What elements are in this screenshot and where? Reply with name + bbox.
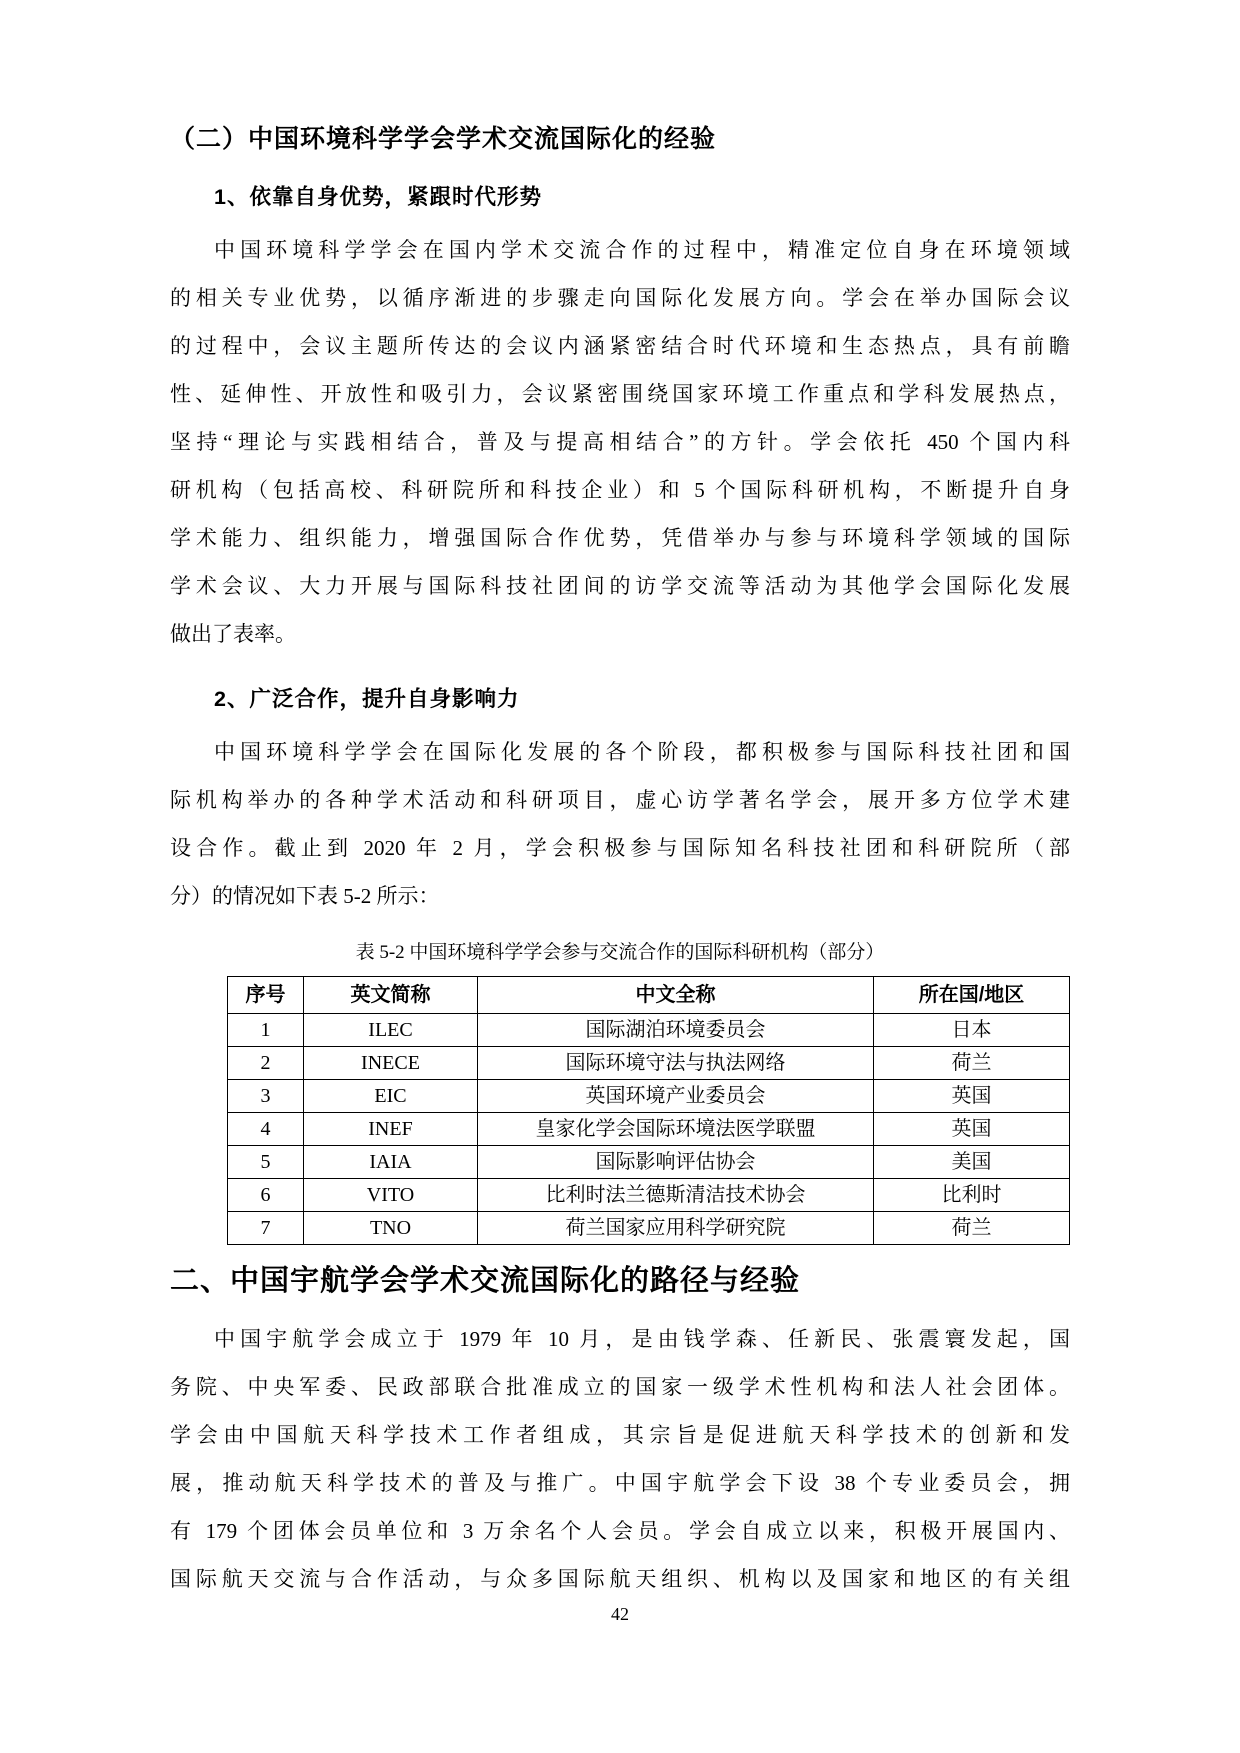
paragraph-line: 务院、中央军委、民政部联合批准成立的国家一级学术性机构和法人社会团体。 — [170, 1363, 1070, 1411]
paragraph-line: 中国环境科学学会在国际化发展的各个阶段，都积极参与国际科技社团和国 — [170, 728, 1070, 776]
paragraph-line: 学会由中国航天科学技术工作者组成，其宗旨是促进航天科学技术的创新和发 — [170, 1411, 1070, 1459]
paragraph-line: 的过程中，会议主题所传达的会议内涵紧密结合时代环境和生态热点，具有前瞻 — [170, 322, 1070, 370]
paragraph-line: 际机构举办的各种学术活动和科研项目，虚心访学著名学会，展开多方位学术建 — [170, 776, 1070, 824]
table-cell: INEF — [304, 1113, 478, 1146]
table-cell: 英国环境产业委员会 — [478, 1080, 874, 1113]
table-header-cell: 中文全称 — [478, 977, 874, 1014]
table-cell: 皇家化学会国际环境法医学联盟 — [478, 1113, 874, 1146]
table-cell: 7 — [228, 1212, 304, 1245]
paragraph-line: 有 179 个团体会员单位和 3 万余名个人会员。学会自成立以来，积极开展国内、 — [170, 1507, 1070, 1555]
table-row: 7TNO荷兰国家应用科学研究院荷兰 — [228, 1212, 1070, 1245]
sub-heading-2: 2、广泛合作，提升自身影响力 — [170, 684, 1070, 714]
table-body: 1ILEC国际湖泊环境委员会日本2INECE国际环境守法与执法网络荷兰3EIC英… — [228, 1014, 1070, 1245]
table-caption: 表 5-2 中国环境科学学会参与交流合作的国际科研机构（部分） — [170, 938, 1070, 968]
paragraph-cooperation: 中国环境科学学会在国际化发展的各个阶段，都积极参与国际科技社团和国际机构举办的各… — [170, 728, 1070, 920]
org-table: 序号英文简称中文全称所在国/地区 1ILEC国际湖泊环境委员会日本2INECE国… — [227, 976, 1070, 1245]
table-header-cell: 所在国/地区 — [874, 977, 1070, 1014]
paragraph-line: 研机构（包括高校、科研院所和科技企业）和 5 个国际科研机构，不断提升自身 — [170, 466, 1070, 514]
paragraph-advantages: 中国环境科学学会在国内学术交流合作的过程中，精准定位自身在环境领域的相关专业优势… — [170, 226, 1070, 658]
table-cell: 国际影响评估协会 — [478, 1146, 874, 1179]
paragraph-line: 做出了表率。 — [170, 610, 1070, 658]
table-cell: 5 — [228, 1146, 304, 1179]
paragraph-line: 中国宇航学会成立于 1979 年 10 月，是由钱学森、任新民、张震寰发起，国 — [170, 1315, 1070, 1363]
section-heading-astronautics: 二、中国宇航学会学术交流国际化的路径与经验 — [170, 1261, 1070, 1301]
table-cell: 英国 — [874, 1113, 1070, 1146]
page-number: 42 — [0, 1600, 1240, 1628]
paragraph-line: 学术能力、组织能力，增强国际合作优势，凭借举办与参与环境科学领域的国际 — [170, 514, 1070, 562]
paragraph-line: 的相关专业优势，以循序渐进的步骤走向国际化发展方向。学会在举办国际会议 — [170, 274, 1070, 322]
table-cell: 1 — [228, 1014, 304, 1047]
paragraph-line: 坚持“理论与实践相结合，普及与提高相结合”的方针。学会依托 450 个国内科 — [170, 418, 1070, 466]
table-cell: 国际环境守法与执法网络 — [478, 1047, 874, 1080]
page-content: （二）中国环境科学学会学术交流国际化的经验 1、依靠自身优势，紧跟时代形势 中国… — [170, 122, 1070, 1603]
table-cell: 日本 — [874, 1014, 1070, 1047]
sub-heading-1: 1、依靠自身优势，紧跟时代形势 — [170, 182, 1070, 212]
table-header-row: 序号英文简称中文全称所在国/地区 — [228, 977, 1070, 1014]
paragraph-line: 国际航天交流与合作活动，与众多国际航天组织、机构以及国家和地区的有关组 — [170, 1555, 1070, 1603]
table-row: 3EIC英国环境产业委员会英国 — [228, 1080, 1070, 1113]
table-row: 1ILEC国际湖泊环境委员会日本 — [228, 1014, 1070, 1047]
paragraph-line: 设合作。截止到 2020 年 2 月，学会积极参与国际知名科技社团和科研院所（部 — [170, 824, 1070, 872]
table-cell: ILEC — [304, 1014, 478, 1047]
table-cell: IAIA — [304, 1146, 478, 1179]
table-row: 4INEF皇家化学会国际环境法医学联盟英国 — [228, 1113, 1070, 1146]
table-cell: 国际湖泊环境委员会 — [478, 1014, 874, 1047]
paragraph-line: 中国环境科学学会在国内学术交流合作的过程中，精准定位自身在环境领域 — [170, 226, 1070, 274]
table-header-cell: 英文简称 — [304, 977, 478, 1014]
table-cell: 荷兰 — [874, 1047, 1070, 1080]
table-row: 5IAIA国际影响评估协会美国 — [228, 1146, 1070, 1179]
table-cell: 3 — [228, 1080, 304, 1113]
table-header-cell: 序号 — [228, 977, 304, 1014]
table-cell: VITO — [304, 1179, 478, 1212]
table-cell: 2 — [228, 1047, 304, 1080]
document-page: （二）中国环境科学学会学术交流国际化的经验 1、依靠自身优势，紧跟时代形势 中国… — [0, 0, 1240, 1753]
paragraph-line: 性、延伸性、开放性和吸引力，会议紧密围绕国家环境工作重点和学科发展热点， — [170, 370, 1070, 418]
table-cell: 4 — [228, 1113, 304, 1146]
paragraph-line: 展，推动航天科学技术的普及与推广。中国宇航学会下设 38 个专业委员会，拥 — [170, 1459, 1070, 1507]
paragraph-line: 学术会议、大力开展与国际科技社团间的访学交流等活动为其他学会国际化发展 — [170, 562, 1070, 610]
table-cell: 荷兰国家应用科学研究院 — [478, 1212, 874, 1245]
paragraph-astronautics: 中国宇航学会成立于 1979 年 10 月，是由钱学森、任新民、张震寰发起，国务… — [170, 1315, 1070, 1603]
table-row: 6VITO比利时法兰德斯清洁技术协会比利时 — [228, 1179, 1070, 1212]
table-cell: 英国 — [874, 1080, 1070, 1113]
table-cell: 荷兰 — [874, 1212, 1070, 1245]
table-cell: EIC — [304, 1080, 478, 1113]
table-cell: 比利时 — [874, 1179, 1070, 1212]
table-cell: INECE — [304, 1047, 478, 1080]
table-cell: TNO — [304, 1212, 478, 1245]
table-cell: 6 — [228, 1179, 304, 1212]
table-cell: 比利时法兰德斯清洁技术协会 — [478, 1179, 874, 1212]
table-cell: 美国 — [874, 1146, 1070, 1179]
paragraph-line: 分）的情况如下表 5-2 所示： — [170, 872, 1070, 920]
table-row: 2INECE国际环境守法与执法网络荷兰 — [228, 1047, 1070, 1080]
section-heading-env-society: （二）中国环境科学学会学术交流国际化的经验 — [170, 122, 1070, 156]
